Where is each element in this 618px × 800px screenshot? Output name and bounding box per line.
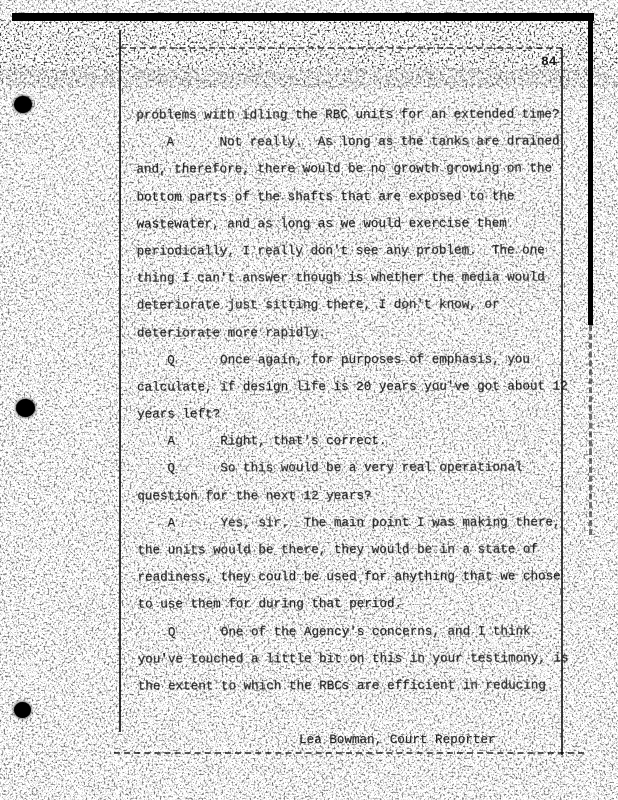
transcript-line: Q One of the Agency's concerns, and I th… xyxy=(138,618,588,646)
court-reporter-footer: Lea Bowman, Court Reporter xyxy=(299,733,496,747)
transcript-line: calculate, if design life is 20 years yo… xyxy=(137,373,587,401)
punch-hole-bottom xyxy=(14,702,31,718)
scan-edge-dashes-right xyxy=(589,325,592,535)
transcript-line: A Right, that's correct. xyxy=(137,428,587,456)
transcript-line: Q So this would be a very real operation… xyxy=(137,455,587,483)
transcript-line: problems with idling the RBC units for a… xyxy=(136,101,586,129)
transcript-text-block: problems with idling the RBC units for a… xyxy=(136,101,588,700)
page-border-bottom xyxy=(114,752,584,754)
transcript-line: deteriorate just sitting there, I don't … xyxy=(137,292,587,320)
transcript-line: A Yes, sir. The main point I was making … xyxy=(137,509,587,537)
scan-edge-bar-right xyxy=(588,15,593,325)
scanned-transcript-page: 84 problems with idling the RBC units fo… xyxy=(0,0,618,800)
transcript-line: thing I can't answer though is whether t… xyxy=(137,265,587,293)
transcript-line: bottom parts of the shafts that are expo… xyxy=(136,183,586,211)
page-number: 84 xyxy=(541,54,557,69)
transcript-line: A Not really. As long as the tanks are d… xyxy=(136,129,586,157)
transcript-line: readiness, they could be used for anythi… xyxy=(137,564,587,592)
transcript-line: question for the next 12 years? xyxy=(137,482,587,510)
transcript-line: to use them for during that period. xyxy=(137,591,587,619)
transcript-line: periodically, I really don't see any pro… xyxy=(137,237,587,265)
transcript-line: and, therefore, there would be no growth… xyxy=(136,156,586,184)
transcript-line: the units would be there, they would be … xyxy=(137,536,587,564)
transcript-line: the extent to which the RBCs are efficie… xyxy=(138,672,588,700)
transcript-line: Q Once again, for purposes of emphasis, … xyxy=(137,346,587,374)
punch-hole-top xyxy=(14,96,32,113)
transcript-line: you've touched a little bit on this in y… xyxy=(138,645,588,673)
punch-hole-middle xyxy=(16,399,35,417)
page-border-top xyxy=(120,47,562,49)
page-border-left xyxy=(119,30,121,732)
transcript-line: wastewater, and as long as we would exer… xyxy=(137,210,587,238)
scan-edge-bar-top xyxy=(12,13,594,21)
transcript-line: deteriorate more rapidly. xyxy=(137,319,587,347)
transcript-line: years left? xyxy=(137,400,587,428)
